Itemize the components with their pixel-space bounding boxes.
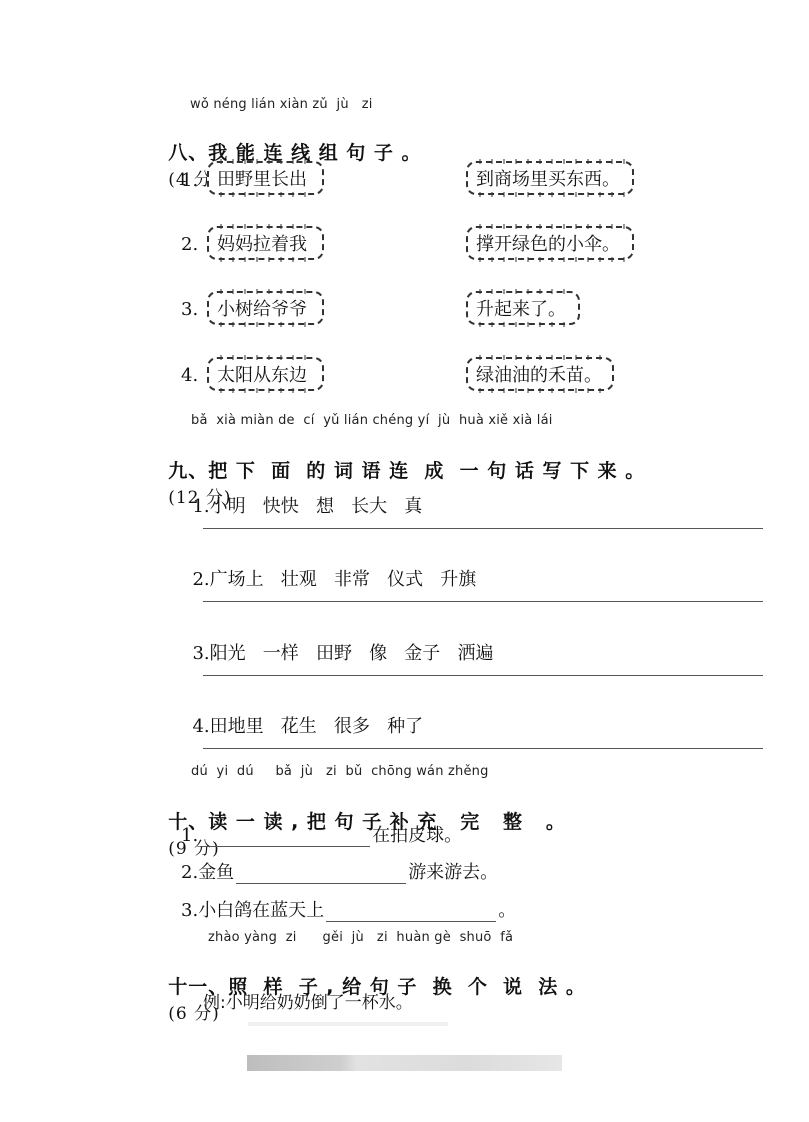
section8-pinyin: wǒ néng lián xiàn zǔ jù zi	[190, 97, 373, 112]
answer-line-3[interactable]	[203, 675, 763, 676]
item-number: 1.	[181, 825, 198, 846]
match-right-text: 升起来了。	[476, 295, 566, 321]
item-number: 4.	[192, 716, 209, 737]
example-sentence: 例:小明给奶奶倒了一杯水。	[203, 988, 413, 1013]
item-number: 2.	[192, 569, 209, 590]
match-left-text: 妈妈拉着我	[217, 230, 307, 256]
words: 广场上 壮观 非常 仪式 升旗	[210, 569, 477, 590]
match-right-box-2[interactable]: 撑开绿色的小伞。	[466, 226, 634, 260]
word-list-2: 2.广场上 壮观 非常 仪式 升旗	[181, 544, 476, 591]
section10-pinyin: dú yi dú bǎ jù zi bǔ chōng wán zhěng	[191, 764, 489, 779]
item-number: 4.	[181, 365, 198, 386]
answer-line-1[interactable]	[203, 528, 763, 529]
match-right-box-4[interactable]: 绿油油的禾苗。	[466, 357, 614, 391]
words: 小明 快快 想 长大 真	[210, 496, 423, 517]
item-number: 1.	[181, 170, 198, 191]
blurred-watermark	[247, 1055, 562, 1071]
fill-blank-3[interactable]	[326, 903, 496, 922]
sentence-start: 金鱼	[198, 862, 234, 883]
fill-sentence-1: 1.在拍皮球。	[181, 821, 462, 847]
match-left-text: 田野里长出	[217, 165, 307, 191]
item-number: 3.	[181, 299, 198, 320]
sentence-end: 游来游去。	[408, 862, 498, 883]
word-list-1: 1.小明 快快 想 长大 真	[181, 471, 422, 518]
sentence-end: 。	[498, 900, 516, 921]
word-list-4: 4.田地里 花生 很多 种了	[181, 691, 423, 738]
match-right-box-1[interactable]: 到商场里买东西。	[466, 161, 634, 195]
fill-sentence-2: 2.金鱼游来游去。	[181, 858, 498, 884]
fill-blank-1[interactable]	[200, 828, 370, 847]
fill-sentence-3: 3.小白鸽在蓝天上。	[181, 896, 516, 922]
section9-pinyin: bǎ xià miàn de cí yǔ lián chéng yí jù hu…	[191, 413, 553, 428]
match-right-box-3[interactable]: 升起来了。	[466, 291, 580, 325]
item-number: 2.	[181, 234, 198, 255]
match-right-text: 到商场里买东西。	[476, 165, 620, 191]
item-number: 3.	[181, 900, 198, 921]
sentence-start: 小白鸽在蓝天上	[198, 900, 324, 921]
faint-line	[248, 1022, 448, 1026]
section11-pinyin: zhào yàng zi gěi jù zi huàn gè shuō fǎ	[208, 930, 513, 945]
match-left-text: 太阳从东边	[217, 361, 307, 387]
answer-line-2[interactable]	[203, 601, 763, 602]
item-number: 2.	[181, 862, 198, 883]
item-number: 3.	[192, 643, 209, 664]
match-right-text: 绿油油的禾苗。	[476, 361, 602, 387]
match-left-text: 小树给爷爷	[217, 295, 307, 321]
word-list-3: 3.阳光 一样 田野 像 金子 洒遍	[181, 618, 493, 665]
answer-line-4[interactable]	[203, 748, 763, 749]
words: 田地里 花生 很多 种了	[210, 716, 424, 737]
match-right-text: 撑开绿色的小伞。	[476, 230, 620, 256]
match-left-box-2[interactable]: 妈妈拉着我	[207, 226, 324, 260]
words: 阳光 一样 田野 像 金子 洒遍	[210, 643, 494, 664]
match-left-box-1[interactable]: 田野里长出	[207, 161, 324, 195]
item-number: 1.	[192, 496, 209, 517]
match-left-box-3[interactable]: 小树给爷爷	[207, 291, 324, 325]
fill-blank-2[interactable]	[236, 865, 406, 884]
sentence-end: 在拍皮球。	[372, 825, 462, 846]
match-left-box-4[interactable]: 太阳从东边	[207, 357, 324, 391]
